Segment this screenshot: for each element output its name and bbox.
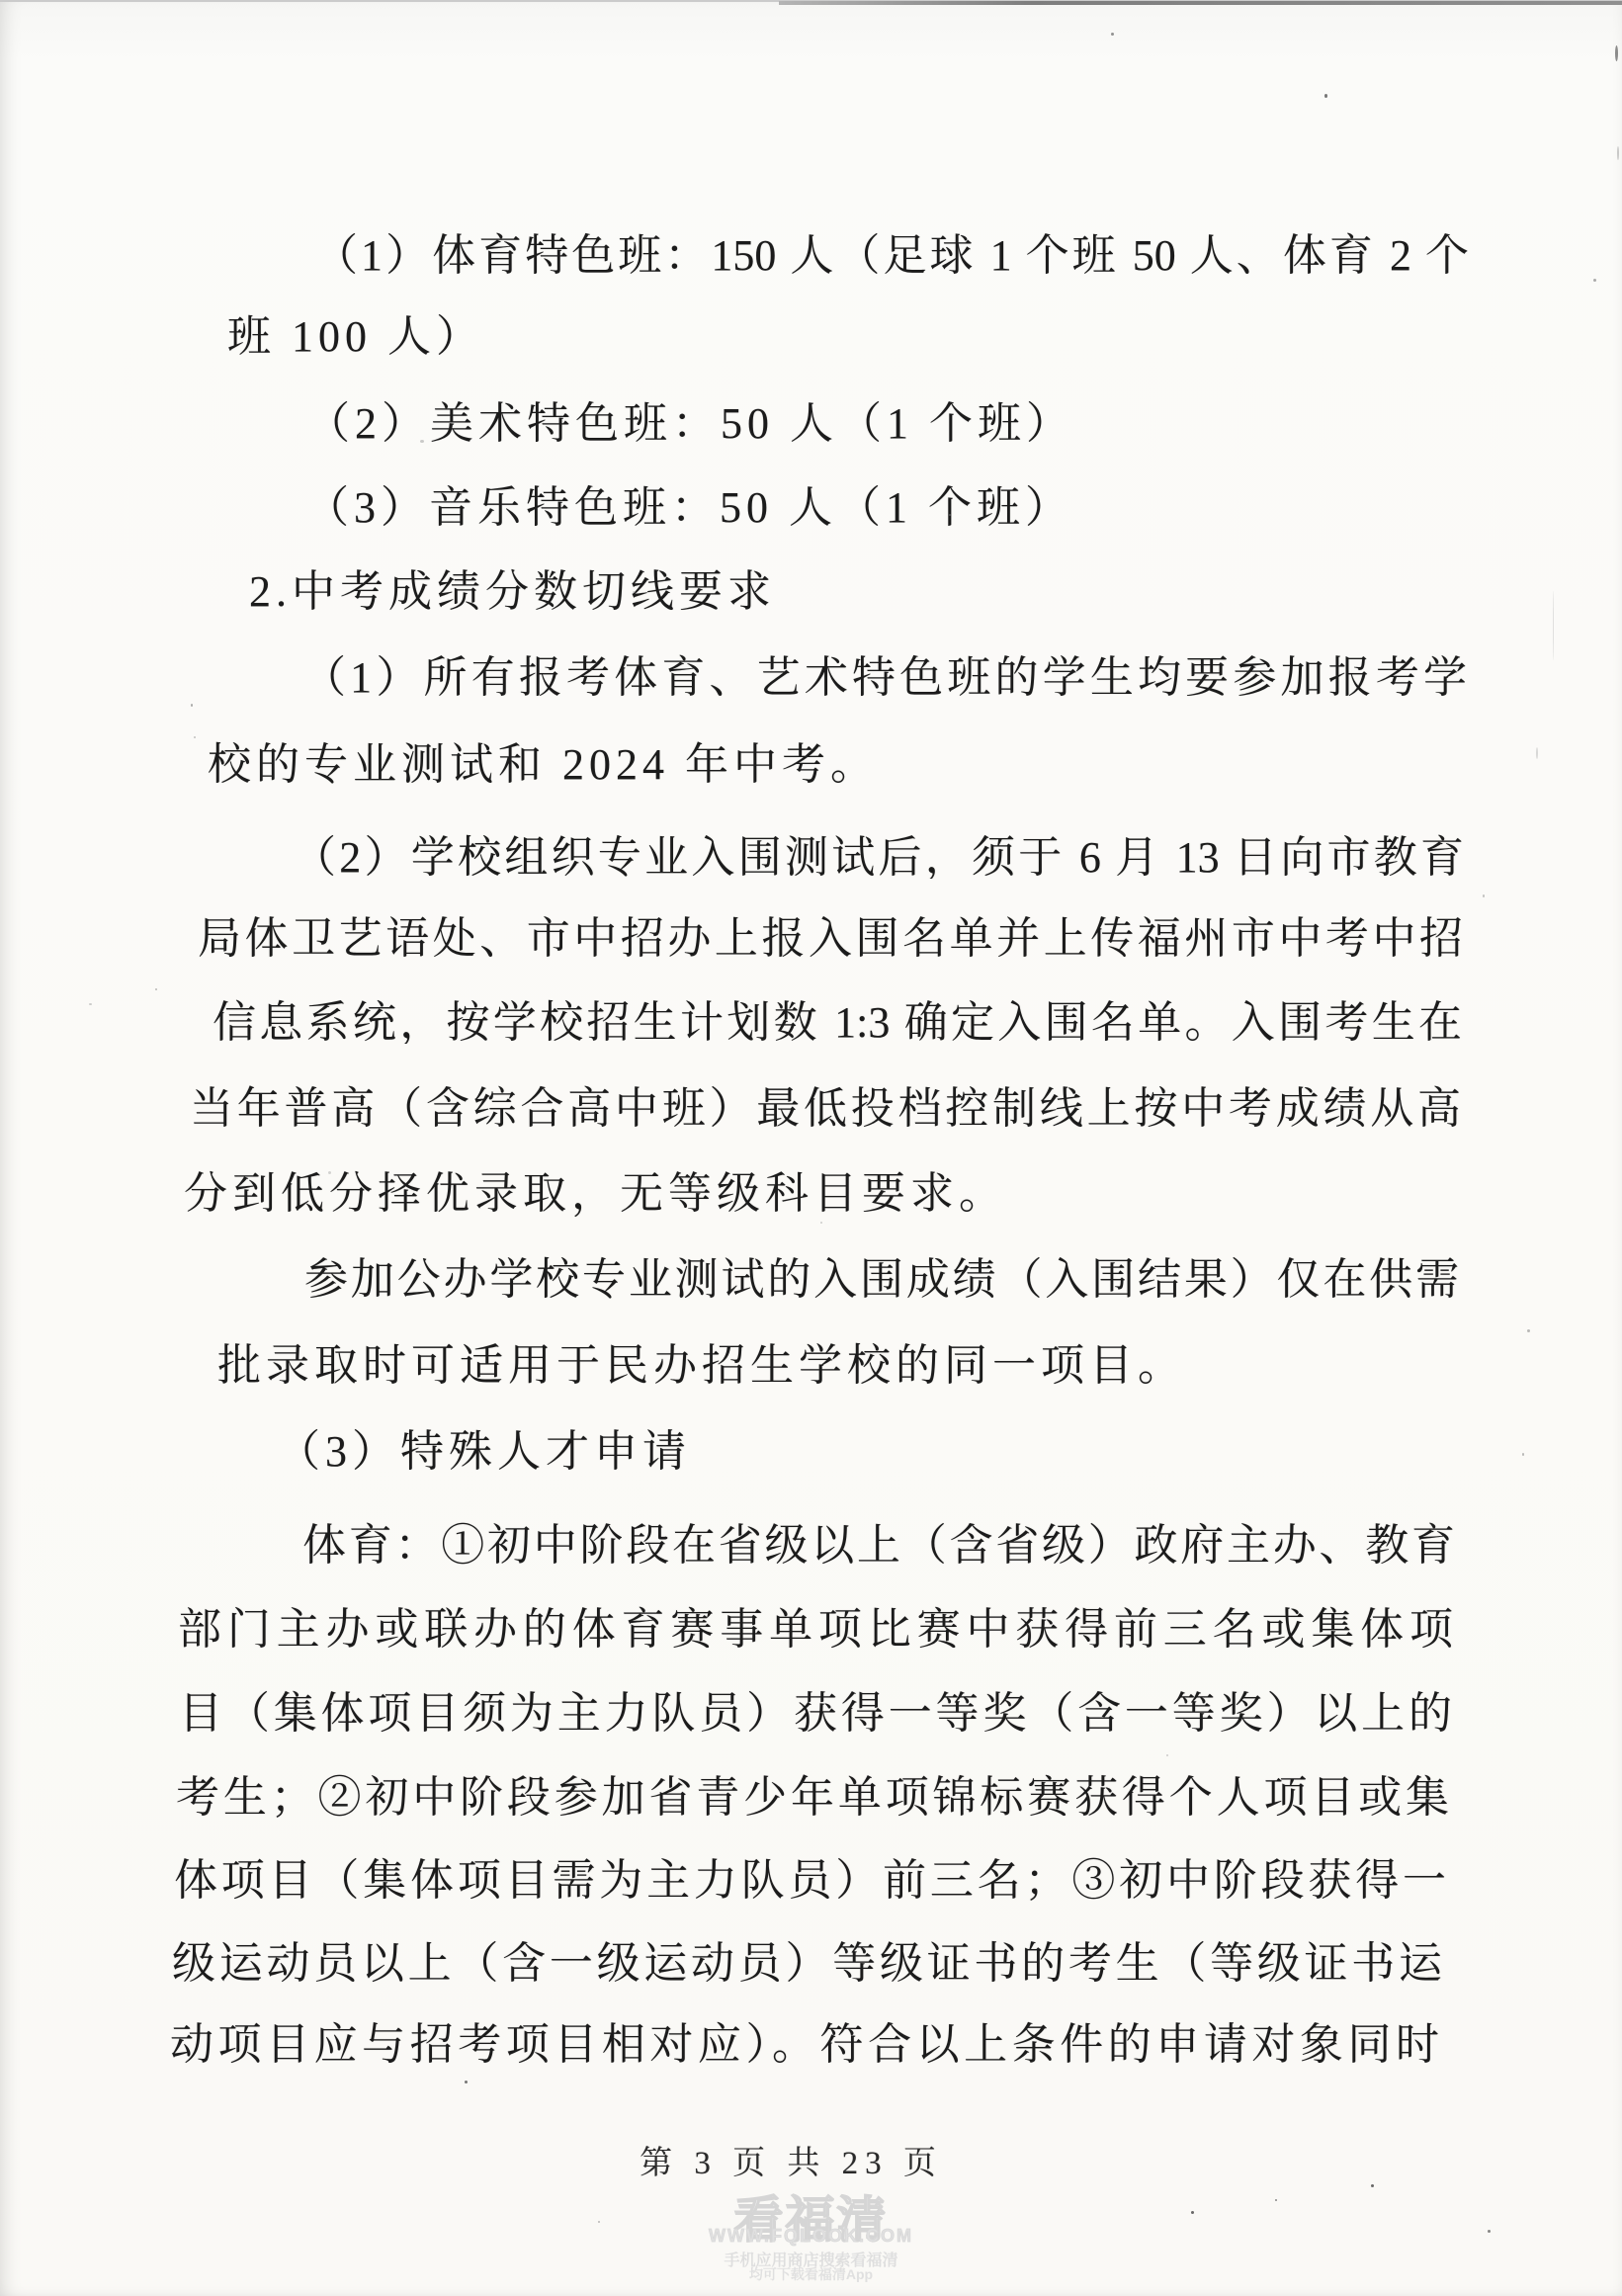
scan-speckle xyxy=(1488,2230,1491,2233)
text-line: 级运动员以上（含一级运动员）等级证书的考生（等级证书运 xyxy=(172,1927,1442,1985)
scanned-page: （1）体育特色班：150 人（足球 1 个班 50 人、体育 2 个班 100 … xyxy=(0,0,1622,2296)
text-line: （2）学校组织专业入围测试后，须于 6 月 13 日向市教育 xyxy=(293,821,1464,879)
text-line: 体育：①初中阶段在省级以上（含省级）政府主办、教育 xyxy=(302,1509,1455,1567)
scan-speckle xyxy=(1617,146,1619,160)
scan-speckle xyxy=(1111,33,1114,36)
scan-speckle xyxy=(1191,2211,1194,2214)
scan-speckle xyxy=(155,988,157,990)
scan-speckle xyxy=(633,591,636,593)
scan-speckle xyxy=(1166,1754,1168,1756)
scan-speckle xyxy=(1371,2184,1374,2187)
page-number: 第 3 页 共 23 页 xyxy=(0,2137,1582,2183)
scan-speckle xyxy=(420,440,424,443)
scan-speckle xyxy=(598,2221,600,2223)
scan-speckle xyxy=(1536,747,1538,759)
scan-speckle xyxy=(1483,894,1485,897)
text-line: 校的专业测试和 2024 年中考。 xyxy=(208,728,879,792)
scan-speckle xyxy=(328,1171,331,1174)
scan-top-edge-dark xyxy=(779,1,1622,5)
scan-speckle xyxy=(1275,2199,1277,2201)
scan-speckle xyxy=(820,1222,822,1224)
watermark-brand: 看福清 xyxy=(0,2180,1622,2252)
text-line: 局体卫艺语处、市中招办上报入围名单并上传福州市中考中招 xyxy=(198,902,1463,960)
text-line: 目（集体项目须为主力队员）获得一等奖（含一等奖）以上的 xyxy=(179,1677,1452,1735)
text-line: 信息系统，按学校招生计划数 1:3 确定入围名单。入围考生在 xyxy=(213,986,1462,1044)
text-line: 班 100 人） xyxy=(227,300,484,364)
watermark-tip: 均可下载看福清App xyxy=(0,2264,1622,2284)
watermark-tip: 手机应用商店搜索看福清 xyxy=(0,2248,1622,2270)
scan-speckle xyxy=(1615,45,1618,61)
text-line: 分到低分择优录取，无等级科目要求。 xyxy=(184,1157,1007,1221)
scan-speckle xyxy=(194,736,196,738)
text-line: 体项目（集体项目需为主力队员）前三名；③初中阶段获得一 xyxy=(174,1844,1446,1902)
text-line: （1）所有报考体育、艺术特色班的学生均要参加报考学 xyxy=(302,641,1467,699)
watermark-url: WWW.FQLOOK.COM xyxy=(0,2226,1622,2247)
scan-speckle xyxy=(1324,94,1327,98)
text-line: （3）音乐特色班：50 人（1 个班） xyxy=(305,471,1073,535)
text-line: 动项目应与招考项目相对应）。符合以上条件的申请对象同时 xyxy=(170,2008,1439,2066)
text-line: 批录取时可适用于民办招生学校的同一项目。 xyxy=(217,1329,1186,1393)
text-line: 当年普高（含综合高中班）最低投档控制线上按中考成绩从高 xyxy=(190,1072,1461,1130)
scan-speckle xyxy=(1593,279,1596,282)
scan-speckle xyxy=(949,514,951,516)
text-line: （3）特殊人才申请 xyxy=(277,1415,691,1479)
scan-speckle xyxy=(1527,1329,1530,1332)
scan-speckle xyxy=(89,1003,92,1005)
scan-speckle xyxy=(465,2081,468,2083)
text-line: （1）体育特色班：150 人（足球 1 个班 50 人、体育 2 个 xyxy=(314,219,1469,277)
text-line: 2.中考成绩分数切线要求 xyxy=(249,555,776,619)
text-line: 参加公办学校专业测试的入围成绩（入围结果）仅在供需 xyxy=(304,1243,1459,1301)
scan-speckle xyxy=(191,704,193,707)
text-line: 考生；②初中阶段参加省青少年单项锦标赛获得个人项目或集 xyxy=(176,1761,1449,1819)
text-line: 部门主办或联办的体育赛事单项比赛中获得前三名或集体项 xyxy=(178,1593,1453,1651)
scan-speckle xyxy=(1522,1453,1524,1456)
scan-speckle xyxy=(1553,591,1554,660)
